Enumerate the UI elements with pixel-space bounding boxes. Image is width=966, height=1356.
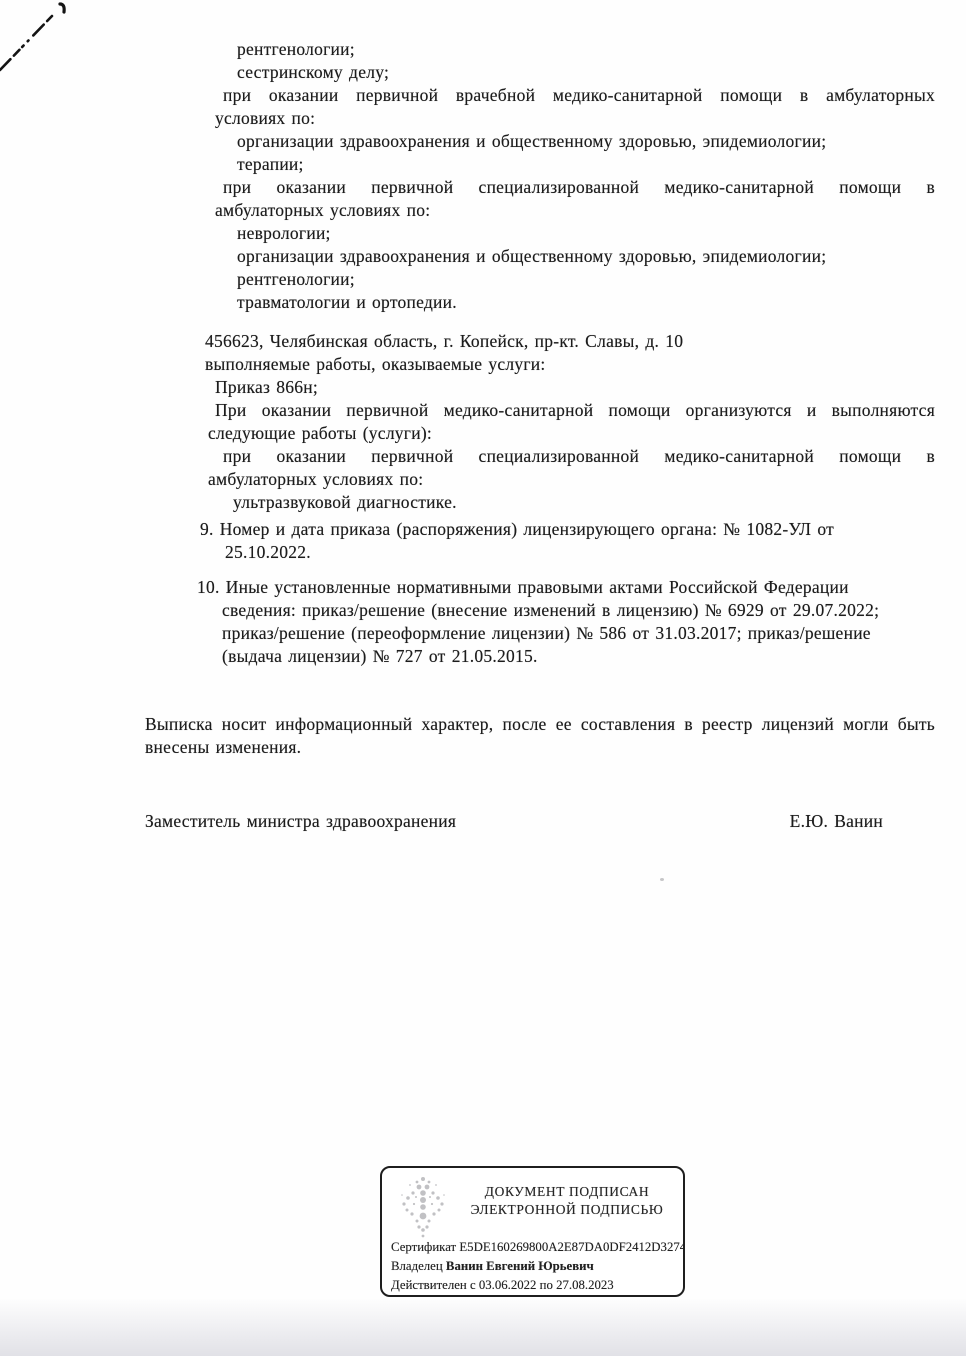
stamp-details: Сертификат E5DE160269800A2E87DA0DF2412D3… [391, 1238, 683, 1295]
text-line: Приказ 866н; [145, 376, 935, 399]
text-line: организации здравоохранения и общественн… [145, 130, 935, 153]
text-line: травматологии и ортопедии. [145, 291, 935, 314]
owner-label: Владелец [391, 1259, 443, 1273]
text-line: внесены изменения. [145, 736, 935, 759]
text-line: амбулаторных условиях по: [145, 468, 935, 491]
text-line: при оказании первичной врачебной медико-… [145, 84, 935, 107]
signer-title: Заместитель министра здравоохранения [145, 810, 456, 833]
pen-stroke-artifact [0, 0, 92, 92]
electronic-signature-stamp: ДОКУМЕНТ ПОДПИСАН ЭЛЕКТРОННОЙ ПОДПИСЬЮ С… [380, 1166, 685, 1297]
stamp-header-line1: ДОКУМЕНТ ПОДПИСАН [462, 1183, 672, 1201]
validity-line: Действителен с 03.06.2022 по 27.08.2023 [391, 1276, 683, 1295]
text-line: рентгенологии; [145, 38, 935, 61]
text-line: при оказании первичной специализированно… [145, 445, 935, 468]
document-body: рентгенологии;сестринскому делу;при оказ… [145, 38, 935, 833]
text-line: неврологии; [145, 222, 935, 245]
certificate-label: Сертификат [391, 1240, 456, 1254]
text-line: сведения: приказ/решение (внесение измен… [145, 599, 935, 622]
certificate-value: E5DE160269800A2E87DA0DF2412D3274 [459, 1240, 683, 1254]
address-and-works-block: 456623, Челябинская область, г. Копейск,… [145, 330, 935, 514]
scan-speck-artifact [660, 878, 664, 881]
text-line: 10. Иные установленные нормативными прав… [145, 576, 935, 599]
text-line: ультразвуковой диагностике. [145, 491, 935, 514]
text-line: приказ/решение (переоформление лицензии)… [145, 622, 935, 645]
text-line: следующие работы (услуги): [145, 422, 935, 445]
certificate-line: Сертификат E5DE160269800A2E87DA0DF2412D3… [391, 1238, 683, 1257]
coat-of-arms-icon [394, 1173, 452, 1245]
item-9-order-number: 9. Номер и дата приказа (распоряжения) л… [145, 518, 935, 564]
text-line: Выписка носит информационный характер, п… [145, 713, 935, 736]
scan-bottom-shadow [0, 1298, 966, 1356]
text-line: терапии; [145, 153, 935, 176]
signature-row: Заместитель министра здравоохранения Е.Ю… [145, 810, 935, 833]
document-page: { "colors": { "paper": "#fefefe", "ink":… [0, 0, 966, 1356]
owner-line: Владелец Ванин Евгений Юрьевич [391, 1257, 683, 1276]
services-list: рентгенологии;сестринскому делу;при оказ… [145, 38, 935, 314]
text-line: организации здравоохранения и общественн… [145, 245, 935, 268]
item-10-other-info: 10. Иные установленные нормативными прав… [145, 576, 935, 668]
text-line: при оказании первичной специализированно… [145, 176, 935, 199]
text-line: рентгенологии; [145, 268, 935, 291]
text-line: 25.10.2022. [145, 541, 935, 564]
text-line: выполняемые работы, оказываемые услуги: [145, 353, 935, 376]
owner-name: Ванин Евгений Юрьевич [446, 1259, 594, 1273]
text-line: сестринскому делу; [145, 61, 935, 84]
signer-name: Е.Ю. Ванин [790, 810, 883, 833]
text-line: условиях по: [145, 107, 935, 130]
text-line: амбулаторных условиях по: [145, 199, 935, 222]
text-line: 456623, Челябинская область, г. Копейск,… [145, 330, 935, 353]
text-line: 9. Номер и дата приказа (распоряжения) л… [145, 518, 935, 541]
disclaimer-paragraph: Выписка носит информационный характер, п… [145, 713, 935, 759]
stamp-header-line2: ЭЛЕКТРОННОЙ ПОДПИСЬЮ [462, 1201, 672, 1219]
text-line: (выдача лицензии) № 727 от 21.05.2015. [145, 645, 935, 668]
stamp-header: ДОКУМЕНТ ПОДПИСАН ЭЛЕКТРОННОЙ ПОДПИСЬЮ [462, 1183, 672, 1219]
text-line: При оказании первичной медико-санитарной… [145, 399, 935, 422]
